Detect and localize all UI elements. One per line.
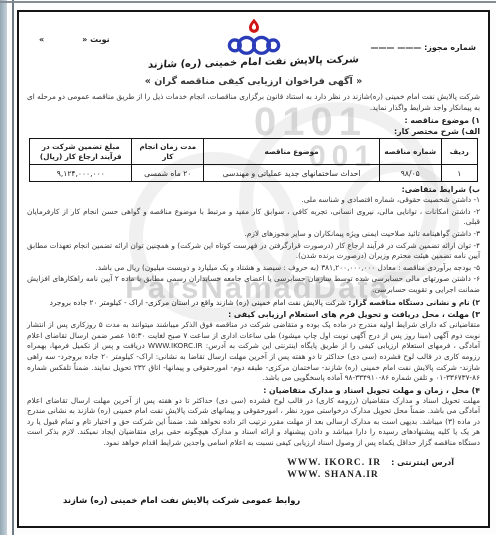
tender-announcement-document: 0101 001 ParsNamadData شماره مجوز: ——— —… [17,10,490,528]
condition-item: ۵- بودجه برآوردی مناقصه : معادل ۳۸۱,۲۰۰,… [27,263,480,274]
public-relations-signature: روابط عمومی شرکت پالایش نفت امام خمینی (… [27,495,480,505]
scanned-page: 0101 001 ParsNamadData شماره مجوز: ——— —… [0,0,496,535]
section4-heading: ۴) محل ، زمان و مهلت تحویل اسناد و مدارک… [27,386,480,395]
section1-heading: ۱) موضوع مناقصه : [27,116,480,125]
section3-heading: ۳) مهلت ، محل دریافت و تحویل فرم های است… [27,310,480,319]
permit-value: ——— ——— [371,43,422,52]
section2: ۲) نام و نشانی دستگاه مناقصه گزار: شرکت … [27,298,480,309]
web-addresses: آدرس اینترنتی : WWW. IKORC. IR WWW. SHAN… [27,458,454,480]
page-title: « آگهی فراخوان ارزیابی کیفی مناقصه گران … [27,76,480,87]
scan-edge-bar [0,0,7,535]
issue-label: نوبت « [82,35,109,44]
web-address-label: آدرس اینترنتی : [391,458,454,467]
conditions-heading: ب) شرایط متقاضی: [27,185,480,194]
tender-table: ردیف شماره مناقصه موضوع مناقصه مدت زمان … [29,138,477,182]
cell-tender-number: ۹۸/۰۵ [379,165,441,182]
cell-tender-subject: احداث ساختمانهای جدید عملیاتی و مهندسی [204,165,379,182]
scan-edge-line [12,0,14,535]
col-tender-subject: موضوع مناقصه [204,139,379,165]
cell-guarantee-amount: ۹,۱۲۴,۰۰۰,۰۰۰ [30,165,132,182]
url-ikorc: WWW. IKORC. IR [287,458,381,468]
url-list: WWW. IKORC. IR WWW. SHANA.IR [287,458,381,480]
intro-paragraph: شرکت پالایش نفت امام خمینی (ره)شازند در … [27,92,480,113]
col-tender-number: شماره مناقصه [379,139,441,165]
condition-item: ۶- داشتن صورتهای مالی حسابرسی شده توسط س… [27,274,480,295]
section2-heading: ۲) نام و نشانی دستگاه مناقصه گزار: [348,298,480,307]
condition-item: ۴- توان ارائه تضمین شرکت در فرآیند ارجاع… [27,241,480,262]
condition-item: ۳- داشتن گواهینامه تائید صلاحیت ایمنی وی… [27,229,480,240]
col-guarantee-amount: مبلغ تضمین شرکت در فرآیند ارجاع کار (ریا… [30,139,132,165]
section2-text: شرکت پالایش نفت امام خمینی (ره) شازند وا… [50,298,346,307]
document-content: شماره مجوز: ——— ——— نوبت « » [19,12,488,505]
col-duration: مدت زمان انجام کار [132,139,204,165]
section1-subheading: الف) شرح مختصر کار: [27,127,480,136]
issue-number: نوبت « » [39,35,110,44]
condition-item: ۲- داشتن امکانات ، توانایی مالی، نیروی ا… [27,207,480,228]
nioc-logo-icon [227,17,281,57]
cell-row-number: ۱ [441,165,477,182]
cell-duration: ۲۰ ماه شمسی [132,165,204,182]
col-row-number: ردیف [441,139,477,165]
section3-text: متقاضیانی که دارای شرایط اولیه مندرج در … [27,320,480,384]
table-row: ۱ ۹۸/۰۵ احداث ساختمانهای جدید عملیاتی و … [30,165,477,182]
section4-text: مهلت تحویل اسناد و مدارک متقاضیان (رزومه… [27,396,480,449]
url-shana: WWW. SHANA.IR [287,470,381,480]
scan-top-line [0,1,496,3]
issue-close-quote: » [39,35,44,44]
header: شماره مجوز: ——— ——— نوبت « » [27,16,480,72]
condition-item: ۱- داشتن شخصیت حقوقی، شماره اقتصادی و شن… [27,195,480,206]
table-header-row: ردیف شماره مناقصه موضوع مناقصه مدت زمان … [30,139,477,165]
